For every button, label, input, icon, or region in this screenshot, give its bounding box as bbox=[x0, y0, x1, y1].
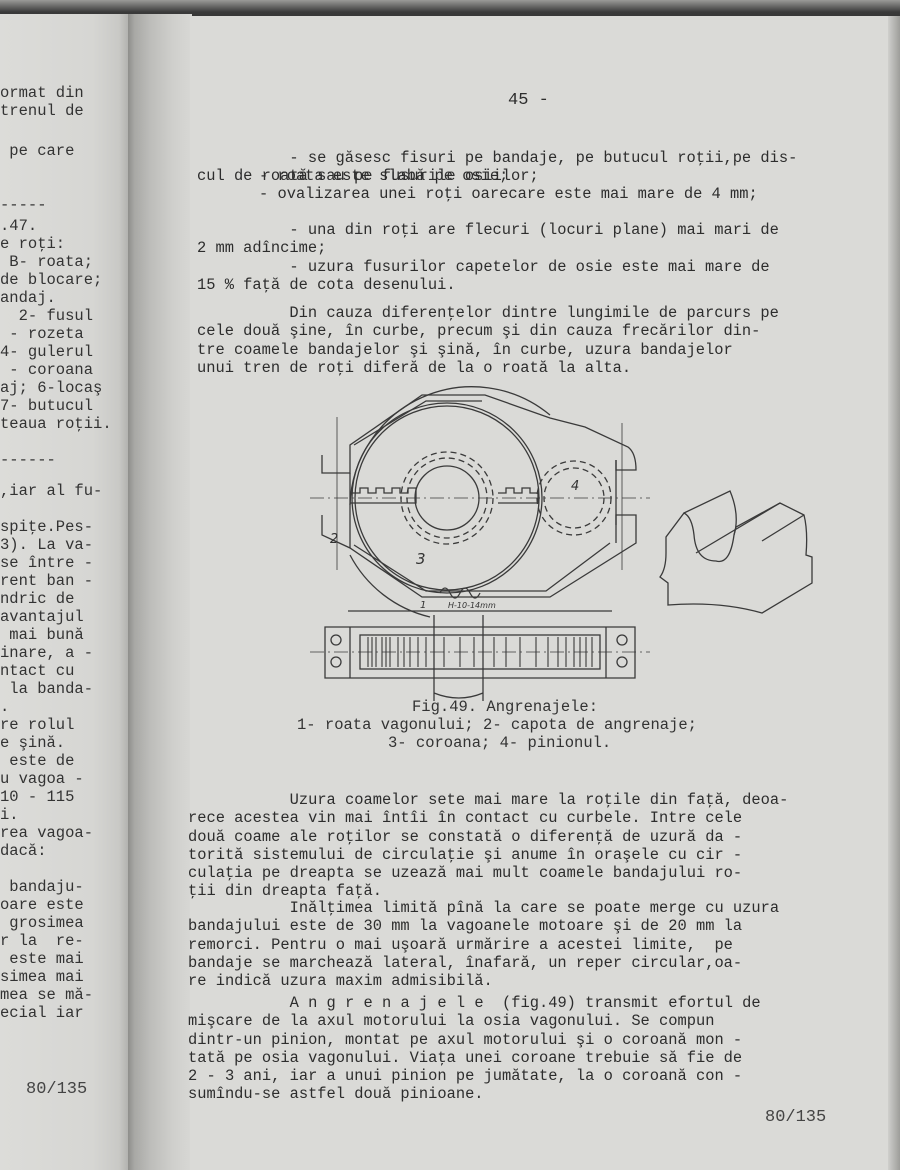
left-page-line: este mai bbox=[0, 950, 84, 969]
left-page-line: - rozeta bbox=[0, 325, 84, 344]
left-page-line: grosimea bbox=[0, 914, 84, 933]
label-part-2: 2 bbox=[330, 532, 338, 547]
left-page-line: spiţe.Pes- bbox=[0, 518, 93, 537]
left-page-line: i. bbox=[0, 806, 19, 825]
left-page-line: . bbox=[0, 698, 9, 717]
left-page-line: inare, a - bbox=[0, 644, 93, 663]
book-gutter bbox=[128, 14, 192, 1170]
left-page-line: avantajul bbox=[0, 608, 84, 627]
label-dimension: H-10-14mm bbox=[448, 601, 496, 610]
left-page-line: ------ bbox=[0, 451, 56, 470]
figure-caption-title: Fig.49. Angrenajele: bbox=[412, 698, 598, 716]
left-page-line: r la re- bbox=[0, 932, 84, 951]
left-page-line: - coroana bbox=[0, 361, 93, 380]
left-page-line: bandaju- bbox=[0, 878, 84, 897]
left-page-line: oare este bbox=[0, 896, 84, 915]
paragraph-gears: A n g r e n a j e l e (fig.49) transmit … bbox=[188, 976, 761, 1103]
paragraph-wear-limit: Inălţimea limită pînă la care se poate m… bbox=[188, 881, 779, 990]
left-page-line: este de bbox=[0, 752, 74, 771]
left-page-line: u vagoa - bbox=[0, 770, 84, 789]
left-page-line: se între - bbox=[0, 554, 93, 573]
left-page-line: .47. bbox=[0, 217, 37, 236]
left-page-line: rent ban - bbox=[0, 572, 93, 591]
left-page-line: e şină. bbox=[0, 734, 65, 753]
left-page-line: B- roata; bbox=[0, 253, 93, 272]
left-page-line: mai bună bbox=[0, 626, 84, 645]
left-page-line: 4- gulerul bbox=[0, 343, 93, 362]
left-page-line: andaj. bbox=[0, 289, 56, 308]
left-page-line: 7- butucul bbox=[0, 397, 93, 416]
list-item: - roata este slabă pe osie; bbox=[259, 167, 508, 185]
left-page-line: ndric de bbox=[0, 590, 74, 609]
left-page-line: aj; 6-locaş bbox=[0, 379, 102, 398]
main-page-number: 80/135 bbox=[765, 1108, 826, 1127]
label-part-4: 4 bbox=[571, 479, 579, 494]
left-page-line: ,iar al fu- bbox=[0, 482, 102, 501]
left-page-line: 10 - 115 bbox=[0, 788, 74, 807]
left-page-line: re rolul bbox=[0, 716, 74, 735]
left-page-line: 3). La va- bbox=[0, 536, 93, 555]
paragraph-text: A n g r e n a j e l e (fig.49) transmit … bbox=[188, 994, 761, 1103]
left-page-line: e roţi: bbox=[0, 235, 65, 254]
left-page-number: 80/135 bbox=[26, 1080, 87, 1099]
figure-49-gear-drawing: 2 3 4 1 H-10-14mm bbox=[310, 365, 840, 710]
gear-assembly-drawing: 2 3 4 1 H-10-14mm bbox=[310, 365, 840, 705]
left-page-line: mea se mă- bbox=[0, 986, 93, 1005]
left-page-line: rea vagoa- bbox=[0, 824, 93, 843]
label-part-3: 3 bbox=[416, 550, 426, 568]
list-item: - ovalizarea unei roţi oarecare este mai… bbox=[259, 185, 758, 203]
left-page-line: teaua roţii. bbox=[0, 415, 112, 434]
figure-caption-line-2: 3- coroana; 4- pinionul. bbox=[388, 734, 611, 752]
page-header-number: 45 - bbox=[508, 92, 549, 110]
left-page-line: simea mai bbox=[0, 968, 84, 987]
left-page-partial: ormat dintrenul de pe care-----.47.e roţ… bbox=[0, 14, 132, 1170]
left-page-line: ----- bbox=[0, 196, 47, 215]
paragraph-wheel-wear-difference: Din cauza diferenţelor dintre lungimile … bbox=[197, 286, 779, 377]
figure-caption-line-1: 1- roata vagonului; 2- capota de angrena… bbox=[297, 716, 697, 734]
left-page-line: de blocare; bbox=[0, 271, 102, 290]
left-page-line: trenul de bbox=[0, 102, 84, 121]
left-page-line: dacă: bbox=[0, 842, 47, 861]
left-page-line: ecial iar bbox=[0, 1004, 84, 1023]
left-page-line: ntact cu bbox=[0, 662, 74, 681]
label-part-1: 1 bbox=[420, 600, 426, 611]
page-right-edge bbox=[888, 16, 900, 1170]
left-page-line: pe care bbox=[0, 142, 74, 161]
left-page-line: ormat din bbox=[0, 84, 84, 103]
left-page-line: 2- fusul bbox=[0, 307, 93, 326]
left-page-line: la banda- bbox=[0, 680, 93, 699]
